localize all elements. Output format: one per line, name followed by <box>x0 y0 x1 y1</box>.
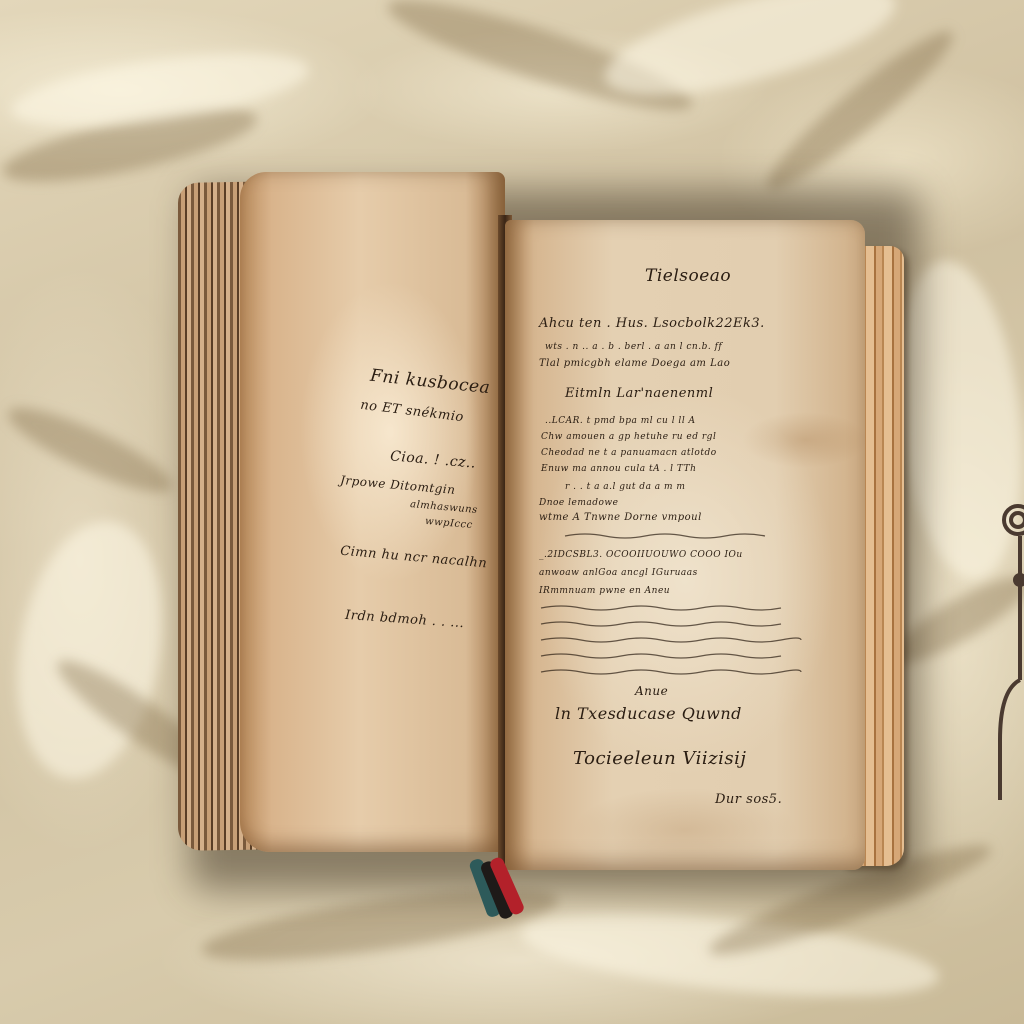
left-line: Cimn hu ncr nacalhn <box>340 544 488 572</box>
handwriting-scribbles <box>505 220 865 870</box>
left-page: Fni kusbocea no ET snékmio Cioa. ! .cz..… <box>240 172 505 852</box>
left-line: Jrpowe Ditomtgin <box>340 473 456 497</box>
left-line: Fni kusbocea <box>369 366 491 398</box>
left-line: no ET snékmio <box>359 398 464 426</box>
ornate-metal-handle-icon <box>990 480 1024 820</box>
left-line: wwpIccc <box>425 516 474 531</box>
left-line: Cioa. ! .cz.. <box>389 448 476 471</box>
right-page: Tielsoeao Ahcu ten . Hus. Lsocbolk22Ek3.… <box>505 220 865 870</box>
left-line: almhaswuns <box>410 499 478 516</box>
left-line: Irdn bdmoh . . ... <box>345 608 465 631</box>
photo-scene: Fni kusbocea no ET snékmio Cioa. ! .cz..… <box>0 0 1024 1024</box>
